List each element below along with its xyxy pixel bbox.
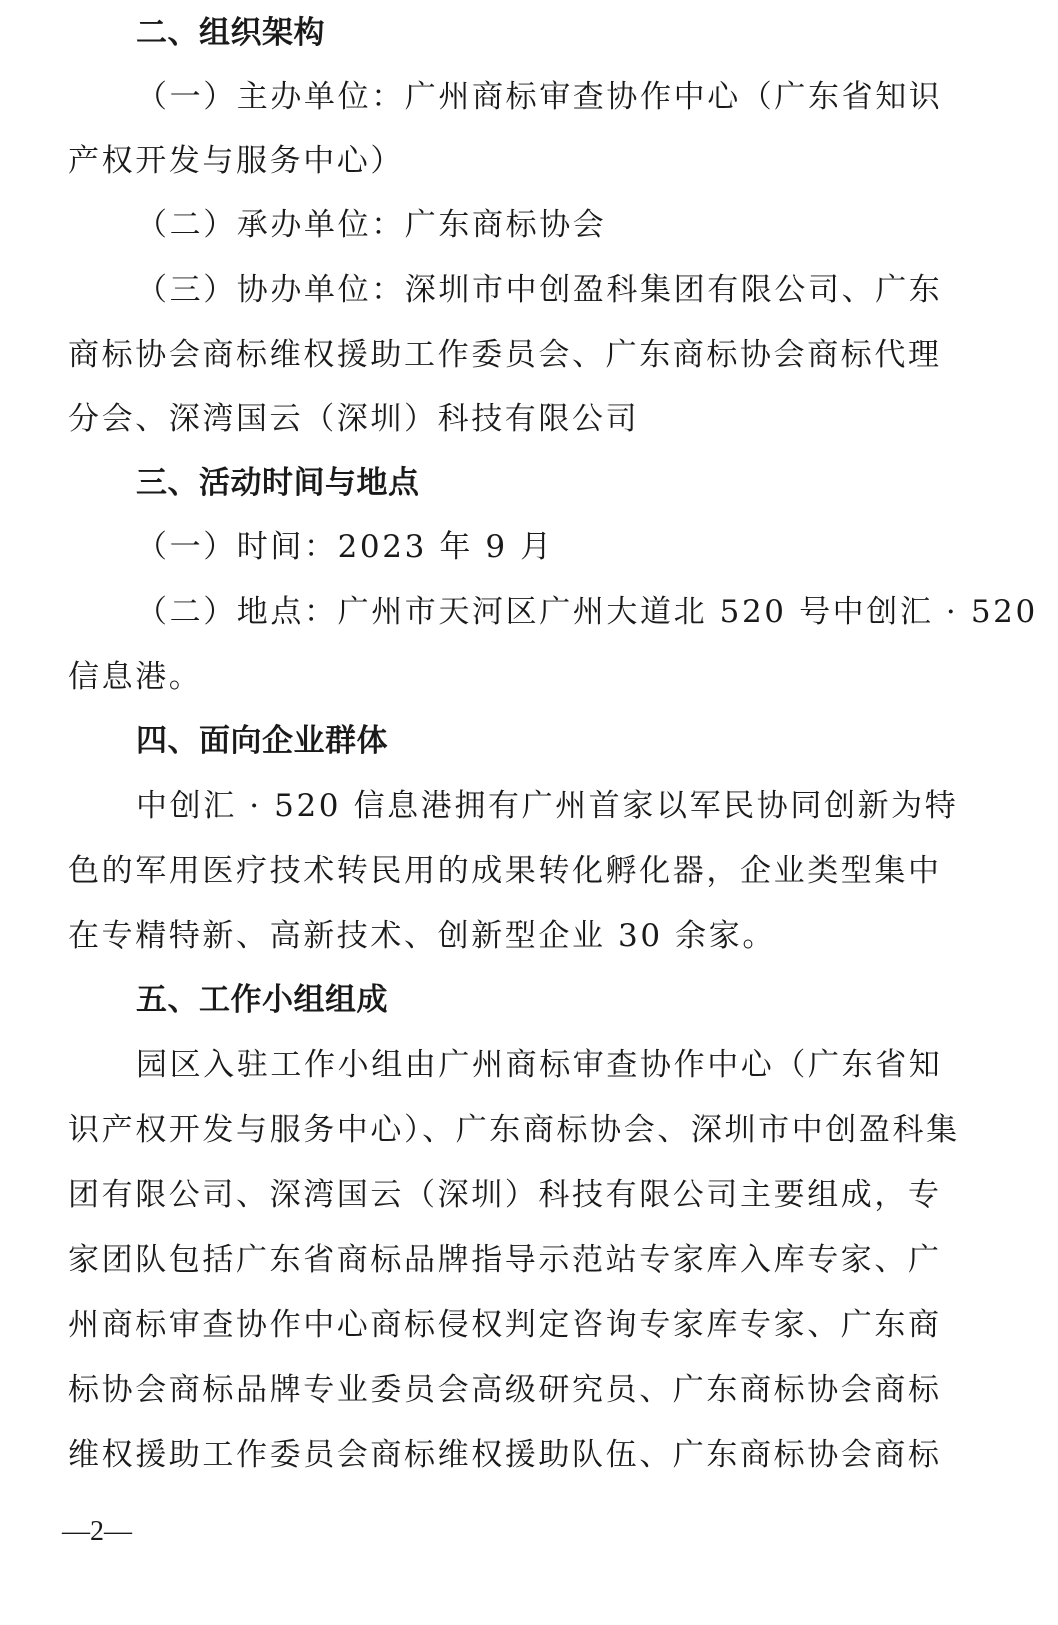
section-heading-time-location: 三、活动时间与地点 — [68, 458, 936, 508]
time-line: （一）时间：2023 年 9 月 — [68, 522, 936, 572]
organizer-line-1: （一）主办单位：广州商标审查协作中心（广东省知识 — [68, 72, 936, 122]
working-group-line-7: 维权援助工作委员会商标维权援助队伍、广东商标协会商标 — [68, 1430, 936, 1480]
working-group-line-3: 团有限公司、深湾国云（深圳）科技有限公司主要组成，专 — [68, 1170, 936, 1220]
working-group-line-6: 标协会商标品牌专业委员会高级研究员、广东商标协会商标 — [68, 1365, 936, 1415]
organizer-line-2: 产权开发与服务中心） — [68, 136, 936, 186]
location-line-2: 信息港。 — [68, 652, 936, 702]
working-group-line-5: 州商标审查协作中心商标侵权判定咨询专家库专家、广东商 — [68, 1300, 936, 1350]
section-heading-target-enterprises: 四、面向企业群体 — [68, 716, 936, 766]
co-organizer-line-1: （三）协办单位：深圳市中创盈科集团有限公司、广东 — [68, 265, 936, 315]
section-heading-working-group: 五、工作小组组成 — [68, 975, 936, 1025]
co-organizer-line-2: 商标协会商标维权援助工作委员会、广东商标协会商标代理 — [68, 330, 936, 380]
location-line-1: （二）地点：广州市天河区广州大道北 520 号中创汇 · 520 — [68, 587, 936, 637]
host-line-1: （二）承办单位：广东商标协会 — [68, 200, 936, 250]
enterprises-line-2: 色的军用医疗技术转民用的成果转化孵化器，企业类型集中 — [68, 846, 936, 896]
co-organizer-line-3: 分会、深湾国云（深圳）科技有限公司 — [68, 394, 936, 444]
working-group-line-1: 园区入驻工作小组由广州商标审查协作中心（广东省知 — [68, 1040, 936, 1090]
enterprises-line-3: 在专精特新、高新技术、创新型企业 30 余家。 — [68, 911, 936, 961]
section-heading-organization: 二、组织架构 — [68, 8, 936, 58]
working-group-line-2: 识产权开发与服务中心）、广东商标协会、深圳市中创盈科集 — [68, 1105, 936, 1155]
page-number: —2— — [62, 1512, 132, 1552]
enterprises-line-1: 中创汇 · 520 信息港拥有广州首家以军民协同创新为特 — [68, 781, 936, 831]
working-group-line-4: 家团队包括广东省商标品牌指导示范站专家库入库专家、广 — [68, 1235, 936, 1285]
